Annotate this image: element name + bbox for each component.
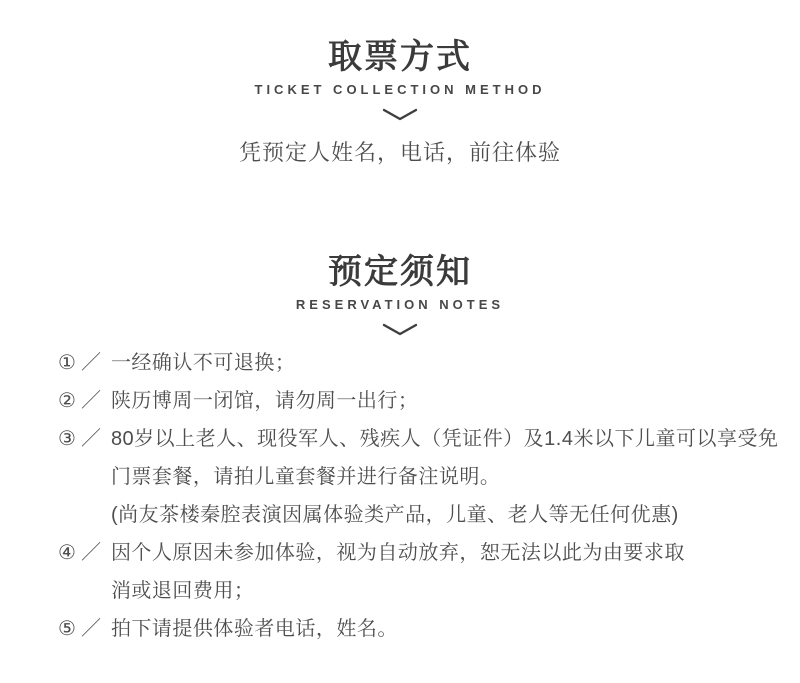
reservation-notes-title: 预定须知 xyxy=(0,255,800,289)
chevron-down-icon xyxy=(0,322,800,338)
page: 取票方式 TICKET COLLECTION METHOD 凭预定人姓名，电话，… xyxy=(0,0,800,683)
note-separator: ／ xyxy=(81,534,101,572)
ticket-collection-section: 取票方式 TICKET COLLECTION METHOD 凭预定人姓名，电话，… xyxy=(0,0,800,167)
ticket-method-description: 凭预定人姓名，电话，前往体验 xyxy=(0,139,800,167)
note-item-3: ③ ／ 80岁以上老人、现役军人、残疾人（凭证件）及1.4米以下儿童可以享受免 … xyxy=(58,420,800,534)
note-number-icon: ④ xyxy=(58,534,76,572)
note-text: 陕历博周一闭馆，请勿周一出行； xyxy=(111,382,419,420)
note-separator: ／ xyxy=(81,344,101,382)
notes-list: ① ／ 一经确认不可退换； ② ／ 陕历博周一闭馆，请勿周一出行； ③ ／ 80… xyxy=(0,344,800,648)
note-number-icon: ② xyxy=(58,382,76,420)
note-number-icon: ⑤ xyxy=(58,610,76,648)
note-text: 80岁以上老人、现役军人、残疾人（凭证件）及1.4米以下儿童可以享受免 门票套餐… xyxy=(111,420,779,534)
ticket-collection-title: 取票方式 xyxy=(0,40,800,74)
note-number-icon: ① xyxy=(58,344,76,382)
note-separator: ／ xyxy=(81,382,101,420)
chevron-down-icon xyxy=(0,107,800,123)
note-number-icon: ③ xyxy=(58,420,76,458)
ticket-collection-subtitle: TICKET COLLECTION METHOD xyxy=(0,83,800,96)
note-item-1: ① ／ 一经确认不可退换； xyxy=(58,344,800,382)
note-item-2: ② ／ 陕历博周一闭馆，请勿周一出行； xyxy=(58,382,800,420)
note-text: 拍下请提供体验者电话，姓名。 xyxy=(111,610,398,648)
note-separator: ／ xyxy=(81,610,101,648)
note-item-5: ⑤ ／ 拍下请提供体验者电话，姓名。 xyxy=(58,610,800,648)
note-item-4: ④ ／ 因个人原因未参加体验，视为自动放弃，恕无法以此为由要求取 消或退回费用； xyxy=(58,534,800,610)
note-text: 一经确认不可退换； xyxy=(111,344,296,382)
note-separator: ／ xyxy=(81,420,101,458)
note-text: 因个人原因未参加体验，视为自动放弃，恕无法以此为由要求取 消或退回费用； xyxy=(111,534,685,610)
reservation-notes-section: 预定须知 RESERVATION NOTES ① ／ 一经确认不可退换； ② ／… xyxy=(0,255,800,648)
reservation-notes-subtitle: RESERVATION NOTES xyxy=(0,298,800,311)
